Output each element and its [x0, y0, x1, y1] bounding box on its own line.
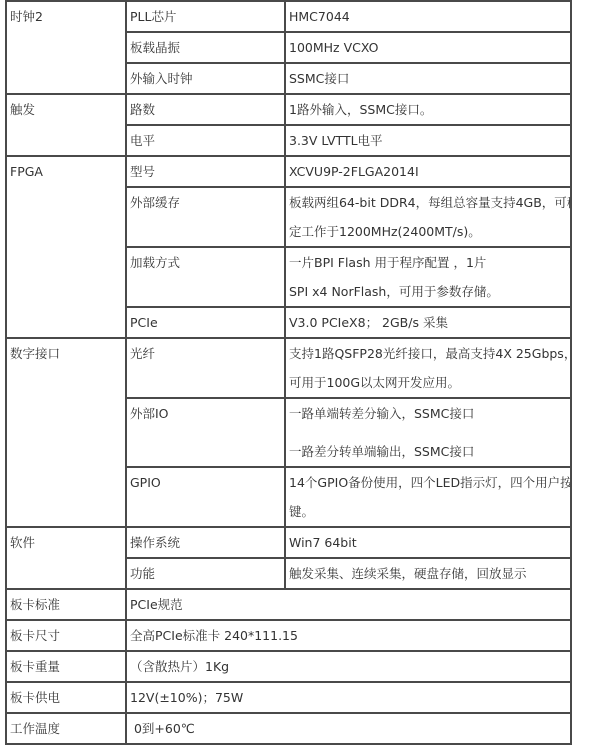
category-cell: FPGA — [6, 156, 126, 338]
value-cell: 支持1路QSFP28光纤接口，最高支持4X 25Gbps， 可用于100G以太网… — [285, 338, 571, 398]
table-row: FPGA 型号 XCVU9P-2FLGA2014I — [6, 156, 571, 187]
value-cell: 100MHz VCXO — [285, 32, 571, 63]
value-line: 定工作于1200MHz(2400MT/s)。 — [289, 217, 570, 246]
value-cell: SSMC接口 — [285, 63, 571, 94]
label-cell: PCIe — [126, 307, 285, 338]
value-cell: 一片BPI Flash 用于程序配置 ，1片 SPI x4 NorFlash，可… — [285, 247, 571, 307]
value-line: 一片BPI Flash 用于程序配置 ，1片 — [289, 248, 570, 277]
category-cell: 板卡重量 — [6, 651, 126, 682]
value-cell: Win7 64bit — [285, 527, 571, 558]
value-cell: XCVU9P-2FLGA2014I — [285, 156, 571, 187]
label-cell: 电平 — [126, 125, 285, 156]
value-line: 可用于100G以太网开发应用。 — [289, 368, 570, 397]
table-row: 时钟2 PLL芯片 HMC7044 — [6, 1, 571, 32]
value-cell: 12V(±10%)；75W — [126, 682, 571, 713]
category-cell: 软件 — [6, 527, 126, 589]
category-cell: 板卡供电 — [6, 682, 126, 713]
category-cell: 触发 — [6, 94, 126, 156]
label-cell: 外输入时钟 — [126, 63, 285, 94]
table-row: 板卡供电 12V(±10%)；75W — [6, 682, 571, 713]
category-cell: 时钟2 — [6, 1, 126, 94]
label-cell: 外部缓存 — [126, 187, 285, 247]
value-line: 一路差分转单端输出，SSMC接口 — [289, 437, 570, 466]
category-cell: 数字接口 — [6, 338, 126, 527]
label-cell: GPIO — [126, 467, 285, 527]
label-cell: 光纤 — [126, 338, 285, 398]
table-row: 数字接口 光纤 支持1路QSFP28光纤接口，最高支持4X 25Gbps， 可用… — [6, 338, 571, 398]
label-cell: 路数 — [126, 94, 285, 125]
category-cell: 板卡标准 — [6, 589, 126, 620]
value-cell: HMC7044 — [285, 1, 571, 32]
value-line: 14个GPIO备份使用，四个LED指示灯，四个用户按 — [289, 468, 570, 497]
value-cell: 板载两组64-bit DDR4，每组总容量支持4GB，可稳 定工作于1200MH… — [285, 187, 571, 247]
label-cell: PLL芯片 — [126, 1, 285, 32]
value-line: 键。 — [289, 497, 570, 526]
label-cell: 功能 — [126, 558, 285, 589]
value-cell: （含散热片）1Kg — [126, 651, 571, 682]
value-cell: 触发采集、连续采集，硬盘存储，回放显示 — [285, 558, 571, 589]
value-cell: 全高PCIe标准卡 240*111.15 — [126, 620, 571, 651]
label-cell: 型号 — [126, 156, 285, 187]
table-row: 板卡重量 （含散热片）1Kg — [6, 651, 571, 682]
category-cell: 工作温度 — [6, 713, 126, 720]
table-row: 触发 路数 1路外输入，SSMC接口。 — [6, 94, 571, 125]
table-row: 板卡标准 PCIe规范 — [6, 589, 571, 620]
value-cell: 0到+60℃ — [126, 713, 571, 720]
label-cell: 操作系统 — [126, 527, 285, 558]
label-cell: 外部IO — [126, 398, 285, 467]
table-row: 工作温度 0到+60℃ — [6, 713, 571, 720]
value-cell: 一路单端转差分输入，SSMC接口 一路差分转单端输出，SSMC接口 — [285, 398, 571, 467]
value-cell: PCIe规范 — [126, 589, 571, 620]
value-line: 一路单端转差分输入，SSMC接口 — [289, 399, 570, 428]
category-cell: 板卡尺寸 — [6, 620, 126, 651]
spec-table: 时钟2 PLL芯片 HMC7044 板载晶振 100MHz VCXO 外输入时钟… — [5, 0, 572, 720]
value-cell: V3.0 PCIeX8； 2GB/s 采集 — [285, 307, 571, 338]
label-cell: 板载晶振 — [126, 32, 285, 63]
value-line: 板载两组64-bit DDR4，每组总容量支持4GB，可稳 — [289, 188, 570, 217]
value-cell: 14个GPIO备份使用，四个LED指示灯，四个用户按 键。 — [285, 467, 571, 527]
table-row: 软件 操作系统 Win7 64bit — [6, 527, 571, 558]
value-line: SPI x4 NorFlash，可用于参数存储。 — [289, 277, 570, 306]
value-cell: 3.3V LVTTL电平 — [285, 125, 571, 156]
table-row: 板卡尺寸 全高PCIe标准卡 240*111.15 — [6, 620, 571, 651]
value-line: 支持1路QSFP28光纤接口，最高支持4X 25Gbps， — [289, 339, 570, 368]
value-cell: 1路外输入，SSMC接口。 — [285, 94, 571, 125]
label-cell: 加载方式 — [126, 247, 285, 307]
